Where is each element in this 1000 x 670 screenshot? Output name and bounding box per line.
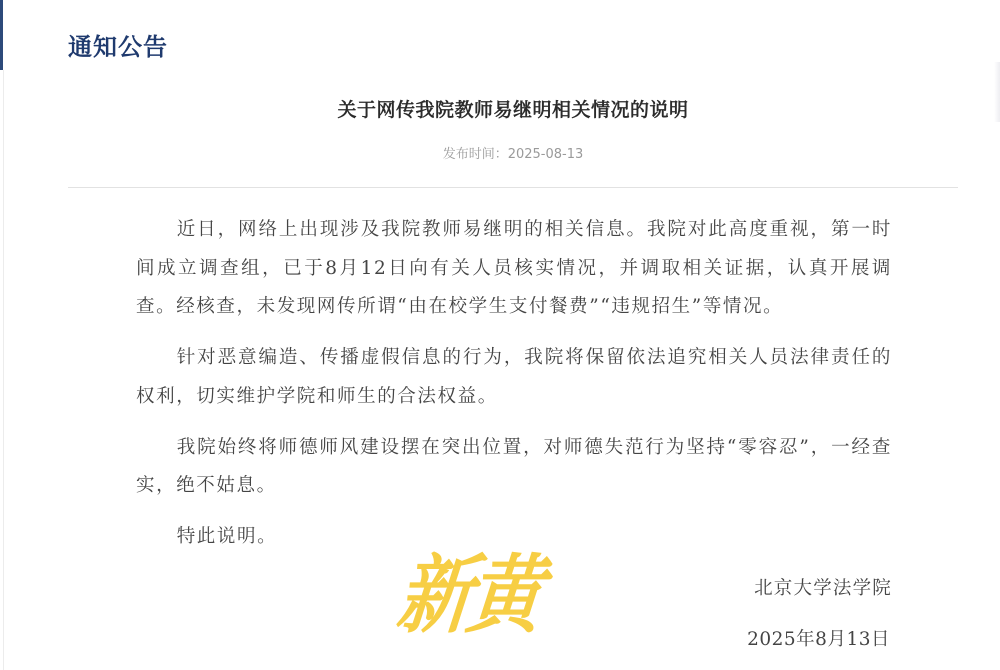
window-edge-strip <box>0 0 3 70</box>
signature-organization: 北京大学法学院 <box>754 574 892 600</box>
divider <box>68 187 958 188</box>
publish-time: 发布时间：2025-08-13 <box>0 143 1000 162</box>
article-title: 关于网传我院教师易继明相关情况的说明 <box>0 95 1000 122</box>
section-heading: 通知公告 <box>68 27 168 62</box>
paragraph-2: 针对恶意编造、传播虚假信息的行为，我院将保留依法追究相关人员法律责任的权利，切实… <box>136 339 892 416</box>
signature-date: 2025年8月13日 <box>747 625 890 651</box>
watermark-logo: 新黄河 <box>391 529 611 662</box>
paragraph-3: 我院始终将师德师风建设摆在突出位置，对师德失范行为坚持“零容忍”，一经查实，绝不… <box>136 429 892 506</box>
paragraph-1: 近日，网络上出现涉及我院教师易继明的相关信息。我院对此高度重视，第一时间成立调查… <box>136 211 892 327</box>
article-body: 近日，网络上出现涉及我院教师易继明的相关信息。我院对此高度重视，第一时间成立调查… <box>136 211 892 569</box>
